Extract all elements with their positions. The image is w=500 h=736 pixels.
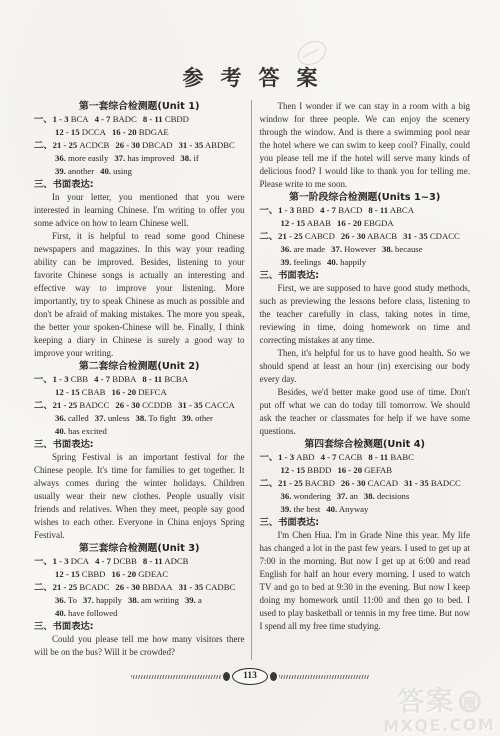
answer-item: 16 - 20 GEFAB — [337, 465, 392, 475]
answer-value: ABAB — [305, 218, 331, 228]
question-number: 16 - 20 — [337, 218, 362, 228]
answer-line: 40. has excited — [34, 425, 245, 438]
section-heading: 第一阶段综合检测题(Units 1~3) — [260, 191, 471, 204]
answer-value: DCCA — [80, 127, 106, 137]
answer-value: another — [66, 166, 94, 176]
answer-item: 8 - 11 CBDD — [143, 114, 189, 124]
answer-item: 12 - 15 BBDD — [281, 465, 332, 475]
answer-value: BCBA — [162, 374, 188, 384]
question-number: 12 - 15 — [281, 465, 306, 475]
question-number: 38. — [136, 413, 147, 423]
answer-item: 8 - 11 BCBA — [142, 374, 188, 384]
answer-line: 36. are made37. However38. because — [260, 243, 471, 256]
list-marker: 二、 — [34, 140, 53, 151]
answer-line: 一、1 - 3 BBD4 - 7 BACD8 - 11 ABCA — [260, 204, 471, 217]
answer-item: 12 - 15 ABAB — [281, 218, 331, 228]
answer-value: ABACB — [365, 231, 397, 241]
answer-value: ACDCB — [77, 140, 109, 150]
answer-value: Anyway — [337, 504, 368, 514]
answer-item: 40. happily — [327, 257, 366, 267]
answer-value: BADCC — [77, 400, 109, 410]
answer-item: 21 - 25 BCADC — [53, 582, 110, 592]
answer-value: CBB — [69, 374, 89, 384]
answer-value: CBBD — [80, 569, 106, 579]
answer-value: CDACC — [428, 231, 460, 241]
answer-value: CABCD — [303, 231, 335, 241]
answer-item: 39. other — [182, 413, 213, 423]
answer-line: 一、1 - 3 ABD4 - 7 CACB8 - 11 BABC — [260, 451, 471, 464]
answer-item: 16 - 20 BDGAE — [112, 127, 169, 137]
answer-value: the best — [291, 504, 320, 514]
question-number: 40. — [327, 257, 338, 267]
section-heading: 第一套综合检测题(Unit 1) — [34, 100, 245, 113]
section-heading: 第四套综合检测题(Unit 4) — [260, 438, 471, 451]
question-number: 40. — [55, 608, 66, 618]
answer-item: 39. a — [185, 595, 202, 605]
answer-value: feelings — [291, 257, 321, 267]
answer-item: 37. However — [331, 244, 376, 254]
list-marker: 二、 — [34, 400, 53, 411]
answer-item: 1 - 3 BCA — [53, 114, 89, 124]
two-column-layout: 第一套综合检测题(Unit 1)一、1 - 3 BCA4 - 7 BADC8 -… — [34, 100, 470, 660]
answer-item: 31 - 35 CACCA — [178, 400, 235, 410]
question-number: 4 - 7 — [320, 205, 336, 215]
answer-value: EBGDA — [362, 218, 394, 228]
answer-item: 31 - 35 CADBC — [179, 582, 236, 592]
question-number: 26 - 30 — [341, 478, 366, 488]
page-number: 113 — [243, 672, 257, 682]
answer-value: DEFCA — [136, 387, 167, 397]
answer-value: decisions — [375, 491, 410, 501]
essay-paragraph: Besides, we'd better make good use of ti… — [260, 386, 471, 438]
essay-paragraph: Then, it's helpful for us to have good h… — [260, 347, 471, 386]
left-column: 第一套综合检测题(Unit 1)一、1 - 3 BCA4 - 7 BADC8 -… — [34, 100, 249, 660]
question-number: 16 - 20 — [337, 465, 362, 475]
answer-line: 一、1 - 3 DCA4 - 7 DCBB8 - 11 ADCB — [34, 555, 245, 568]
question-number: 38. — [364, 491, 375, 501]
answer-value: To — [66, 595, 77, 605]
question-number: 39. — [55, 166, 66, 176]
answer-item: 12 - 15 CBBD — [55, 569, 105, 579]
question-number: 4 - 7 — [94, 374, 110, 384]
question-number: 12 - 15 — [281, 218, 306, 228]
answer-value: more easily — [66, 153, 108, 163]
question-number: 26 - 30 — [115, 582, 140, 592]
answer-key-page: 参考答案 第一套综合检测题(Unit 1)一、1 - 3 BCA4 - 7 BA… — [0, 0, 500, 736]
answer-line: 一、1 - 3 BCA4 - 7 BADC8 - 11 CBDD — [34, 113, 245, 126]
list-marker: 二、 — [260, 231, 279, 242]
question-number: 1 - 3 — [278, 452, 294, 462]
list-marker: 一、 — [34, 374, 53, 385]
answer-value: BBDD — [305, 465, 331, 475]
essay-paragraph: In your letter, you mentioned that you w… — [34, 191, 245, 230]
answer-item: 1 - 3 BBD — [278, 205, 314, 215]
question-number: 38. — [180, 153, 191, 163]
question-number: 12 - 15 — [55, 127, 80, 137]
answer-value: BCADC — [77, 582, 109, 592]
watermark-brand-row: 答案 圈 — [382, 687, 495, 716]
answer-item: 16 - 20 EBGDA — [337, 218, 394, 228]
question-number: 39. — [281, 257, 292, 267]
question-number: 31 - 35 — [179, 582, 204, 592]
answer-item: 38. because — [382, 244, 423, 254]
list-marker: 一、 — [34, 114, 53, 125]
answer-item: 21 - 25 BADCC — [53, 400, 110, 410]
answer-item: 26 - 30 DBCAD — [115, 140, 172, 150]
question-number: 12 - 15 — [55, 569, 80, 579]
answer-item: 37. has improved — [114, 153, 174, 163]
answer-line: 36. wondering37. an38. decisions — [260, 490, 471, 503]
answer-line: 12 - 15 BBDD16 - 20 GEFAB — [260, 464, 471, 477]
essay-paragraph: First, we are supposed to have good stud… — [260, 282, 471, 347]
essay-paragraph: Could you please tell me how many visito… — [34, 633, 245, 659]
answer-value: wondering — [291, 491, 330, 501]
question-number: 21 - 25 — [278, 231, 303, 241]
essay-paragraph: First, it is helpful to read some good C… — [34, 230, 245, 360]
question-number: 26 - 30 — [115, 400, 140, 410]
question-number: 37. — [331, 244, 342, 254]
answer-item: 4 - 7 DCBB — [95, 556, 137, 566]
section-label: 三、书面表达: — [34, 178, 245, 191]
answer-value: an — [348, 491, 358, 501]
answer-item: 40. Anyway — [326, 504, 368, 514]
question-number: 16 - 20 — [111, 387, 136, 397]
answer-value: ABDBC — [203, 140, 235, 150]
answer-item: 37. an — [337, 491, 358, 501]
answer-value: CADBC — [203, 582, 235, 592]
answer-line: 39. the best40. Anyway — [260, 503, 471, 516]
answer-value: BBDAA — [140, 582, 173, 592]
answer-line: 二、21 - 25 BACBD26 - 30 CACAD31 - 35 BADC… — [260, 477, 471, 490]
question-number: 21 - 25 — [53, 140, 78, 150]
list-marker: 二、 — [34, 582, 53, 593]
question-number: 4 - 7 — [95, 556, 111, 566]
page-number-badge: 113 — [232, 668, 268, 685]
answer-item: 36. are made — [281, 244, 326, 254]
answer-item: 1 - 3 ABD — [278, 452, 314, 462]
answer-value: DCBB — [111, 556, 137, 566]
question-number: 40. — [55, 426, 66, 436]
footer-ornament: 113 — [0, 668, 500, 685]
question-number: 39. — [281, 504, 292, 514]
answer-value: BABC — [388, 452, 414, 462]
answer-item: 21 - 25 CABCD — [278, 231, 335, 241]
ornament-chain-right — [279, 675, 369, 679]
answer-value: GEFAB — [362, 465, 392, 475]
question-number: 36. — [281, 491, 292, 501]
question-number: 1 - 3 — [53, 556, 69, 566]
question-number: 39. — [182, 413, 193, 423]
answer-item: 26 - 30 CCDDB — [115, 400, 172, 410]
answer-value: are made — [291, 244, 325, 254]
question-number: 21 - 25 — [278, 478, 303, 488]
answer-line: 二、21 - 25 BCADC26 - 30 BBDAA31 - 35 CADB… — [34, 581, 245, 594]
section-heading: 第二套综合检测题(Unit 2) — [34, 360, 245, 373]
answer-line: 二、21 - 25 ACDCB26 - 30 DBCAD31 - 35 ABDB… — [34, 139, 245, 152]
answer-line: 40. have followed — [34, 607, 245, 620]
answer-item: 1 - 3 CBB — [53, 374, 89, 384]
answer-value: However — [342, 244, 376, 254]
answer-value: ABD — [294, 452, 315, 462]
answer-value: BCA — [69, 114, 89, 124]
answer-value: BADC — [111, 114, 137, 124]
question-number: 36. — [281, 244, 292, 254]
answer-item: 36. called — [55, 413, 89, 423]
answer-item: 38. decisions — [364, 491, 409, 501]
question-number: 8 - 11 — [143, 556, 163, 566]
answer-value: BACBD — [303, 478, 335, 488]
answer-value: because — [393, 244, 423, 254]
answer-line: 一、1 - 3 CBB4 - 7 BDBA8 - 11 BCBA — [34, 373, 245, 386]
answer-value: CBAB — [80, 387, 106, 397]
answer-item: 36. more easily — [55, 153, 108, 163]
answer-item: 26 - 30 CACAD — [341, 478, 398, 488]
question-number: 40. — [326, 504, 337, 514]
answer-item: 38. am writing — [128, 595, 179, 605]
question-number: 38. — [128, 595, 139, 605]
answer-value: GDEAC — [136, 569, 168, 579]
answer-item: 4 - 7 BADC — [95, 114, 137, 124]
answer-value: BACD — [336, 205, 362, 215]
question-number: 31 - 35 — [403, 231, 428, 241]
answer-item: 8 - 11 BABC — [368, 452, 414, 462]
watermark-site-url: MXQE.COM — [383, 717, 495, 735]
answer-item: 8 - 11 ABCA — [368, 205, 414, 215]
question-number: 26 - 30 — [115, 140, 140, 150]
question-number: 31 - 35 — [179, 140, 204, 150]
answer-item: 40. has excited — [55, 426, 107, 436]
question-number: 8 - 11 — [143, 114, 163, 124]
watermark-circle-logo-icon: 圈 — [458, 690, 480, 712]
answer-line: 36. more easily37. has improved38. if — [34, 152, 245, 165]
answer-value: CACCA — [203, 400, 235, 410]
answer-line: 二、21 - 25 BADCC26 - 30 CCDDB31 - 35 CACC… — [34, 399, 245, 412]
answer-item: 12 - 15 CBAB — [55, 387, 105, 397]
answer-value: BADCC — [429, 478, 461, 488]
right-column: Then I wonder if we can stay in a room w… — [254, 100, 471, 660]
answer-item: 12 - 15 DCCA — [55, 127, 106, 137]
answer-line: 12 - 15 CBAB16 - 20 DEFCA — [34, 386, 245, 399]
section-label: 三、书面表达: — [34, 620, 245, 633]
answer-value: has improved — [125, 153, 174, 163]
column-divider — [251, 100, 252, 660]
question-number: 21 - 25 — [53, 582, 78, 592]
section-heading: 第三套综合检测题(Unit 3) — [34, 542, 245, 555]
ornament-chain-left — [131, 675, 221, 679]
question-number: 1 - 3 — [278, 205, 294, 215]
answer-value: BDGAE — [137, 127, 169, 137]
answer-item: 36. wondering — [281, 491, 331, 501]
answer-item: 38. To fight — [136, 413, 177, 423]
question-number: 31 - 35 — [404, 478, 429, 488]
answer-item: 16 - 20 DEFCA — [111, 387, 166, 397]
answer-item: 4 - 7 CACB — [321, 452, 363, 462]
answer-value: happily — [338, 257, 366, 267]
essay-paragraph: Then I wonder if we can stay in a room w… — [260, 100, 471, 191]
answer-value: am writing — [139, 595, 179, 605]
answer-line: 36. called37. unless38. To fight39. othe… — [34, 412, 245, 425]
question-number: 36. — [55, 595, 66, 605]
question-number: 8 - 11 — [368, 452, 388, 462]
answer-line: 39. another40. using — [34, 165, 245, 178]
watermark-brand-text: 答案 — [397, 688, 455, 716]
question-number: 36. — [55, 153, 66, 163]
question-number: 39. — [185, 595, 196, 605]
answer-item: 4 - 7 BDBA — [94, 374, 136, 384]
answer-item: 8 - 11 ADCB — [143, 556, 189, 566]
question-number: 8 - 11 — [368, 205, 388, 215]
answer-item: 21 - 25 ACDCB — [53, 140, 110, 150]
answer-line: 12 - 15 CBBD16 - 20 GDEAC — [34, 568, 245, 581]
question-number: 4 - 7 — [321, 452, 337, 462]
question-number: 37. — [337, 491, 348, 501]
answer-item: 39. the best — [281, 504, 321, 514]
answer-value: have followed — [66, 608, 118, 618]
question-number: 36. — [55, 413, 66, 423]
answer-value: unless — [106, 413, 130, 423]
answer-item: 26 - 30 ABACB — [341, 231, 397, 241]
question-number: 37. — [114, 153, 125, 163]
answer-value: BDBA — [110, 374, 136, 384]
answer-item: 36. To — [55, 595, 77, 605]
answer-item: 31 - 35 CDACC — [403, 231, 460, 241]
section-label: 三、书面表达: — [260, 269, 471, 282]
answer-value: if — [191, 153, 198, 163]
answer-item: 37. unless — [95, 413, 130, 423]
answer-value: CCDDB — [140, 400, 172, 410]
essay-paragraph: I'm Chen Hua. I'm in Grade Nine this yea… — [260, 529, 471, 633]
answer-value: happily — [94, 595, 122, 605]
answer-item: 4 - 7 BACD — [320, 205, 362, 215]
question-number: 4 - 7 — [95, 114, 111, 124]
question-number: 37. — [83, 595, 94, 605]
answer-item: 31 - 35 BADCC — [404, 478, 461, 488]
answer-value: DBCAD — [140, 140, 173, 150]
question-number: 1 - 3 — [53, 114, 69, 124]
watermark: 答案 圈 MXQE.COM — [382, 687, 495, 735]
answer-line: 12 - 15 DCCA16 - 20 BDGAE — [34, 126, 245, 139]
answer-value: BBD — [294, 205, 314, 215]
answer-item: 39. feelings — [281, 257, 322, 267]
answer-value: CBDD — [163, 114, 189, 124]
answer-item: 39. another — [55, 166, 94, 176]
answer-line: 二、21 - 25 CABCD26 - 30 ABACB31 - 35 CDAC… — [260, 230, 471, 243]
answer-line: 36. To37. happily38. am writing39. a — [34, 594, 245, 607]
answer-item: 40. using — [100, 166, 132, 176]
answer-item: 40. have followed — [55, 608, 117, 618]
list-marker: 一、 — [260, 205, 279, 216]
answer-item: 1 - 3 DCA — [53, 556, 89, 566]
answer-item: 16 - 20 GDEAC — [111, 569, 168, 579]
question-number: 37. — [95, 413, 106, 423]
answer-line: 12 - 15 ABAB16 - 20 EBGDA — [260, 217, 471, 230]
question-number: 16 - 20 — [111, 569, 136, 579]
answer-item: 26 - 30 BBDAA — [115, 582, 172, 592]
question-number: 26 - 30 — [341, 231, 366, 241]
question-number: 8 - 11 — [142, 374, 162, 384]
question-number: 12 - 15 — [55, 387, 80, 397]
answer-value: ABCA — [388, 205, 414, 215]
answer-value: a — [196, 595, 202, 605]
list-marker: 二、 — [260, 478, 279, 489]
answer-value: CACAD — [365, 478, 398, 488]
answer-value: ADCB — [163, 556, 189, 566]
section-label: 三、书面表达: — [34, 438, 245, 451]
answer-value: To fight — [146, 413, 176, 423]
essay-paragraph: Spring Festival is an important festival… — [34, 451, 245, 542]
ornament-bead-left — [223, 672, 230, 681]
answer-item: 31 - 35 ABDBC — [179, 140, 235, 150]
question-number: 31 - 35 — [178, 400, 203, 410]
question-number: 40. — [100, 166, 111, 176]
answer-value: CACB — [337, 452, 363, 462]
answer-value: has excited — [66, 426, 107, 436]
ornament-bead-right — [270, 672, 277, 681]
answer-value: called — [66, 413, 89, 423]
question-number: 1 - 3 — [53, 374, 69, 384]
question-number: 16 - 20 — [112, 127, 137, 137]
answer-value: DCA — [69, 556, 90, 566]
answer-item: 21 - 25 BACBD — [278, 478, 335, 488]
list-marker: 一、 — [34, 556, 53, 567]
answer-value: using — [111, 166, 132, 176]
answer-line: 39. feelings40. happily — [260, 256, 471, 269]
question-number: 38. — [382, 244, 393, 254]
list-marker: 一、 — [260, 452, 279, 463]
answer-value: other — [193, 413, 213, 423]
question-number: 21 - 25 — [53, 400, 78, 410]
section-label: 三、书面表达: — [260, 516, 471, 529]
answer-item: 37. happily — [83, 595, 122, 605]
page-title: 参考答案 — [0, 62, 500, 92]
answer-item: 38. if — [180, 153, 198, 163]
